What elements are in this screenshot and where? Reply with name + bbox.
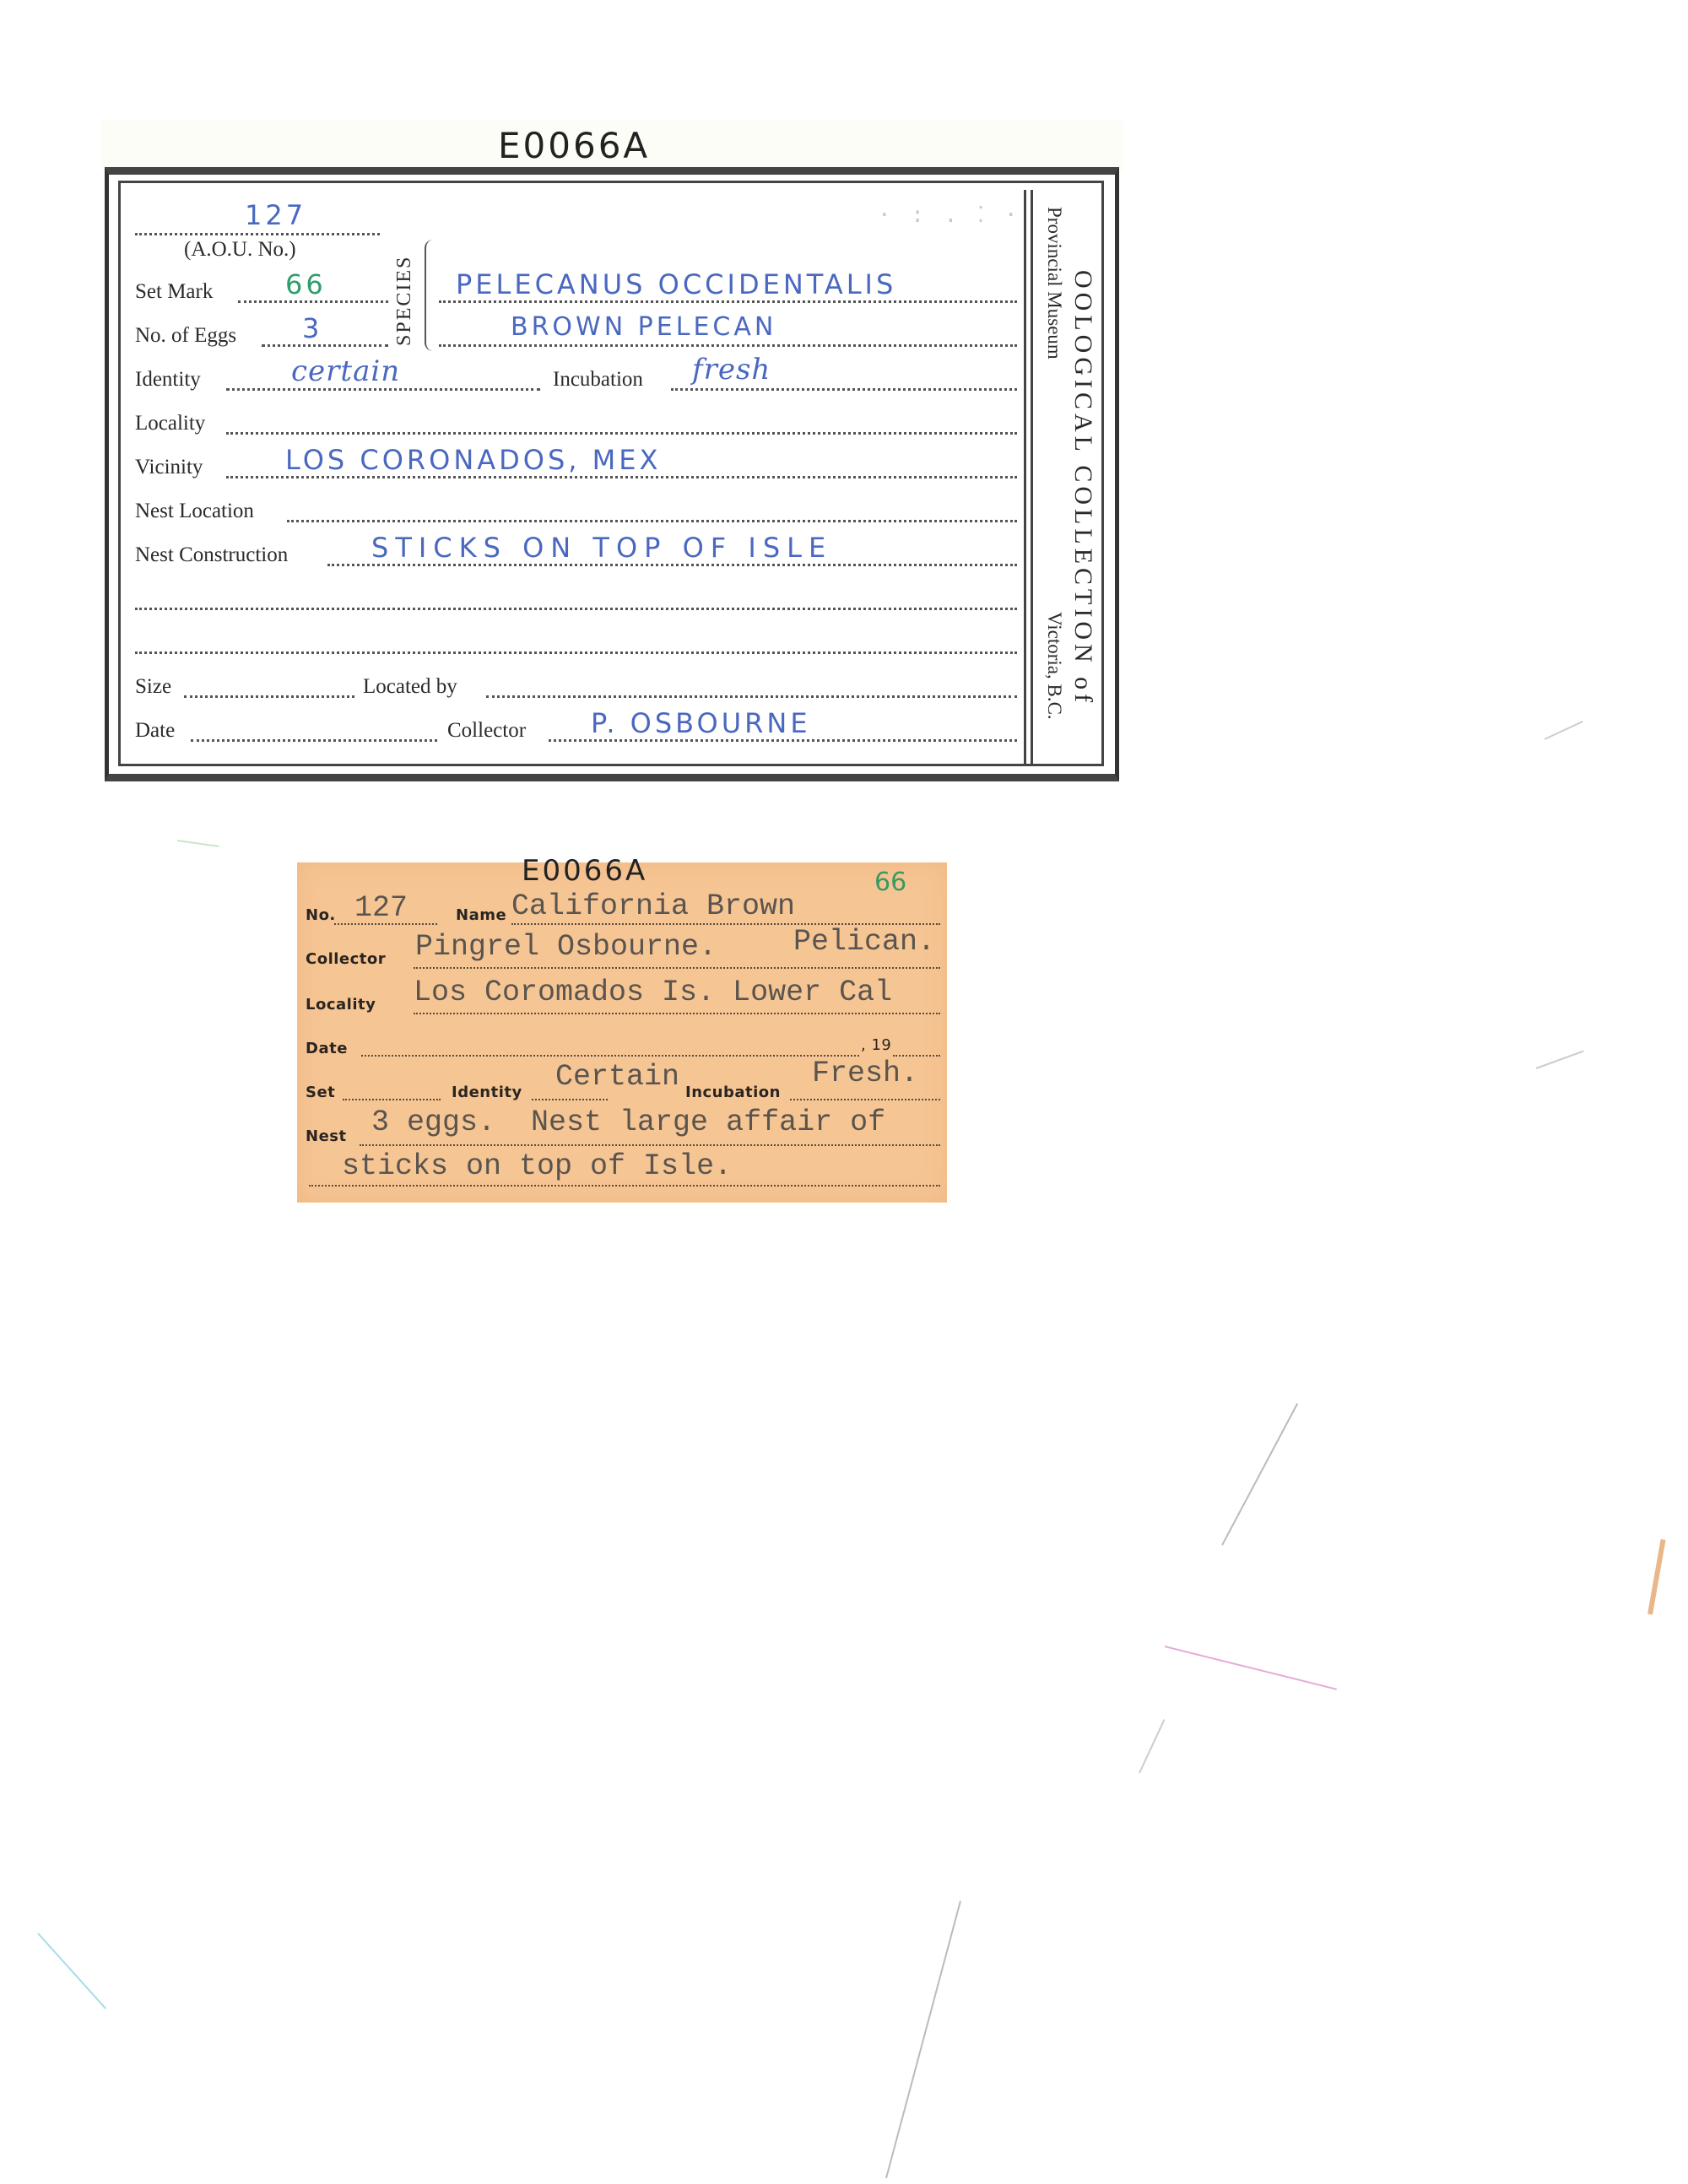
scan-streak <box>1647 1539 1666 1615</box>
scan-streak <box>1165 1646 1337 1690</box>
collector-label: Collector <box>447 719 526 743</box>
species-dotted-line-1 <box>439 300 1017 303</box>
orange-date-dotted-line <box>361 1055 859 1057</box>
identity-label: Identity <box>135 368 201 392</box>
orange-collector-dotted-line <box>414 967 940 969</box>
museum-location: Victoria, B.C. <box>1043 612 1065 720</box>
identity-value: certain <box>291 354 400 388</box>
blank-dotted-line-1 <box>135 608 1017 610</box>
date-dotted-line <box>191 739 437 742</box>
collection-title: OOLOGICAL COLLECTION of <box>1069 270 1097 706</box>
orange-locality-value: Los Coromados Is. Lower Cal <box>414 976 892 1009</box>
eggs-label: No. of Eggs <box>135 324 236 348</box>
nest-location-label: Nest Location <box>135 500 254 523</box>
eggs-value: 3 <box>302 312 322 344</box>
species-dotted-line-2 <box>439 344 1017 347</box>
orange-incubation-value: Fresh. <box>812 1057 918 1090</box>
species-label: SPECIES <box>393 256 416 346</box>
orange-date-label: Date <box>306 1040 348 1057</box>
scan-streak <box>1221 1403 1298 1546</box>
incubation-value: fresh <box>692 353 771 387</box>
orange-catalog-number: E0066A <box>522 854 647 888</box>
vicinity-label: Vicinity <box>135 456 203 479</box>
locality-label: Locality <box>135 412 205 435</box>
nest-construction-label: Nest Construction <box>135 543 288 567</box>
aou-dotted-line <box>135 233 380 235</box>
aou-value: 127 <box>245 199 306 231</box>
nest-construction-value: STICKS ON TOP OF ISLE <box>371 532 832 564</box>
incubation-dotted-line <box>671 388 1017 391</box>
orange-no-value: 127 <box>354 891 408 925</box>
scan-streak <box>177 840 219 847</box>
collector-dotted-line <box>549 739 1017 742</box>
orange-incubation-label: Incubation <box>685 1084 781 1101</box>
orange-locality-dotted-line <box>414 1013 940 1014</box>
orange-set-dotted-line <box>343 1099 441 1100</box>
orange-name-label: Name <box>456 906 506 924</box>
nest-location-dotted-line <box>287 520 1017 522</box>
orange-collector-label: Collector <box>306 950 386 968</box>
set-mark-label: Set Mark <box>135 280 213 304</box>
orange-no-label: No. <box>306 906 336 924</box>
scan-streak <box>885 1900 961 2178</box>
scan-streak <box>1536 1051 1584 1069</box>
set-mark-value: 66 <box>285 268 327 300</box>
identity-dotted-line <box>226 388 540 391</box>
orange-name-value-line1: California Brown <box>511 889 795 923</box>
orange-date-year-prefix: , 19 <box>861 1036 891 1054</box>
museum-name: Provincial Museum <box>1043 207 1065 359</box>
species-scientific-value: PELECANUS OCCIDENTALIS <box>456 268 896 300</box>
incubation-label: Incubation <box>553 368 643 392</box>
collector-value: P. OSBOURNE <box>591 707 811 739</box>
scan-streak <box>1139 1719 1165 1773</box>
orange-nest-dotted-line <box>360 1144 940 1146</box>
side-panel-divider <box>1024 190 1026 764</box>
size-label: Size <box>135 675 171 699</box>
species-common-value: BROWN PELECAN <box>511 312 776 342</box>
located-by-dotted-line <box>486 695 1017 698</box>
faded-stamp: · : . ⁚ · <box>878 203 1021 228</box>
orange-locality-label: Locality <box>306 996 376 1014</box>
orange-identity-label: Identity <box>452 1084 522 1101</box>
orange-nest-value-line2: sticks on top of Isle. <box>342 1149 732 1183</box>
set-mark-dotted-line <box>238 300 388 303</box>
catalog-number: E0066A <box>498 125 650 166</box>
orange-identity-value: Certain <box>555 1060 679 1094</box>
size-dotted-line <box>184 695 354 698</box>
aou-label: (A.O.U. No.) <box>184 238 296 262</box>
orange-identity-dotted-line <box>532 1099 608 1100</box>
date-label: Date <box>135 719 175 743</box>
orange-name-value-line2: Pelican. <box>793 925 935 959</box>
orange-nest-dotted-line-2 <box>309 1185 940 1187</box>
scan-streak <box>37 1933 106 2009</box>
eggs-dotted-line <box>262 344 388 347</box>
vicinity-dotted-line <box>226 476 1017 478</box>
nest-construction-dotted-line <box>327 564 1017 566</box>
scan-streak <box>1545 721 1583 740</box>
orange-incubation-dotted-line <box>790 1099 940 1100</box>
orange-nest-value-line1: 3 eggs. Nest large affair of <box>371 1106 885 1139</box>
locality-dotted-line <box>226 432 1017 435</box>
orange-set-mark: 66 <box>874 868 906 897</box>
orange-nest-label: Nest <box>306 1127 347 1145</box>
species-brace <box>425 240 435 351</box>
blank-dotted-line-2 <box>135 651 1017 654</box>
located-by-label: Located by <box>363 675 457 699</box>
orange-collector-value: Pingrel Osbourne. <box>415 930 717 964</box>
vicinity-value: LOS CORONADOS, MEX <box>285 444 661 476</box>
orange-set-label: Set <box>306 1084 335 1101</box>
side-panel-divider <box>1031 190 1033 764</box>
